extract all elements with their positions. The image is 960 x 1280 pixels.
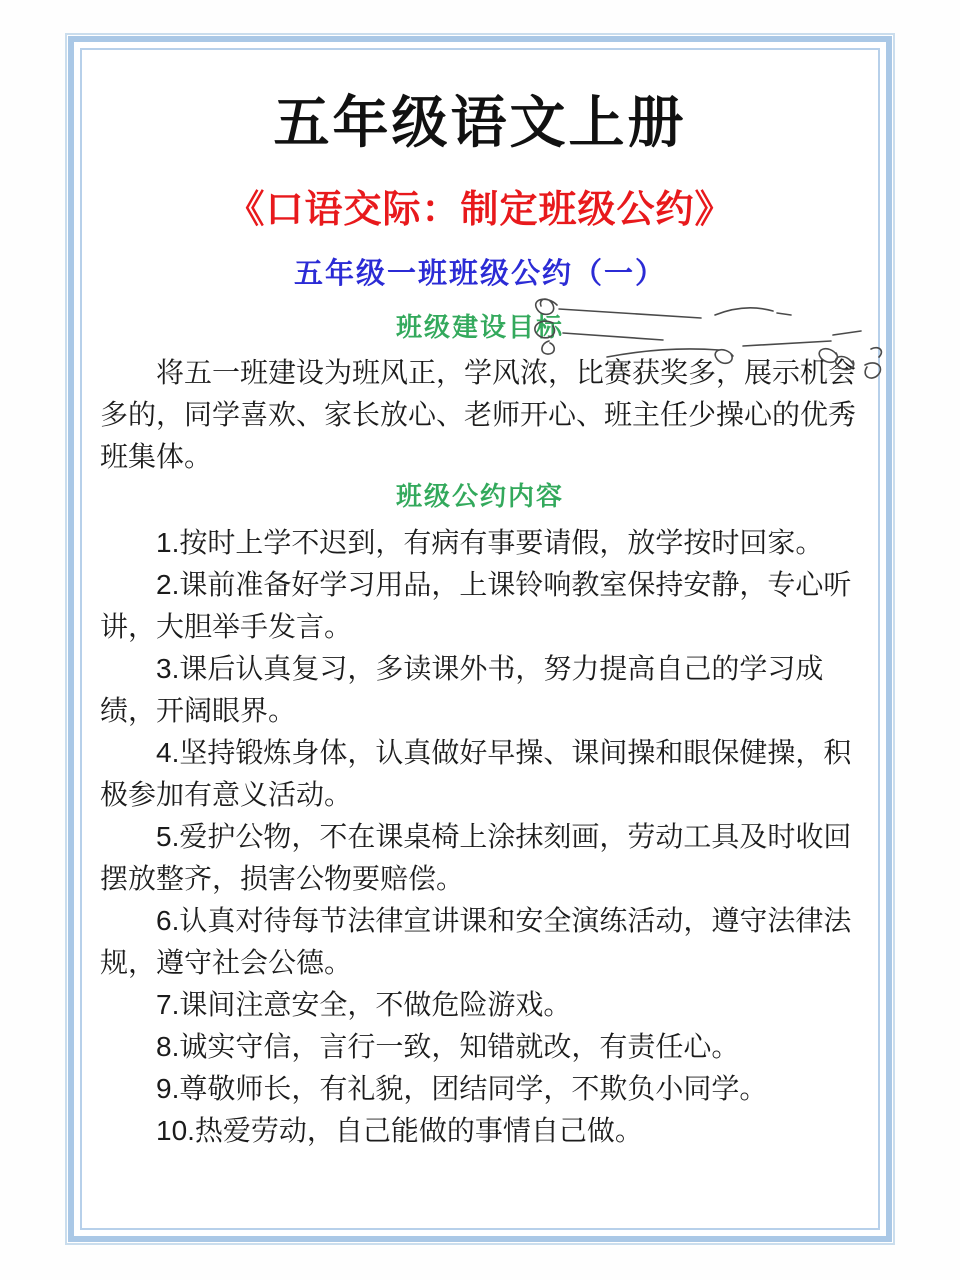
document-page: 五年级语文上册 《口语交际：制定班级公约》 五年级一班班级公约（一） 班级建设目… [0,0,960,1280]
rule-item: 2.课前准备好学习用品，上课铃响教室保持安静，专心听讲，大胆举手发言。 [100,564,860,648]
rule-item: 8.诚实守信，言行一致，知错就改，有责任心。 [100,1026,860,1068]
rule-item: 5.爱护公物，不在课桌椅上涂抹刻画，劳动工具及时收回摆放整齐，损害公物要赔偿。 [100,816,860,900]
page-content: 五年级语文上册 《口语交际：制定班级公约》 五年级一班班级公约（一） 班级建设目… [82,50,878,1152]
rule-item: 3.课后认真复习，多读课外书，努力提高自己的学习成绩，开阔眼界。 [100,648,860,732]
rule-item: 6.认真对待每节法律宣讲课和安全演练活动，遵守法律法规，遵守社会公德。 [100,900,860,984]
rule-item: 10.热爱劳动，自己能做的事情自己做。 [100,1110,860,1152]
page-title: 五年级语文上册 [100,88,860,158]
page-frame: 五年级语文上册 《口语交际：制定班级公约》 五年级一班班级公约（一） 班级建设目… [65,33,895,1245]
rules-list: 1.按时上学不迟到，有病有事要请假，放学按时回家。 2.课前准备好学习用品，上课… [100,522,860,1152]
rule-item: 4.坚持锻炼身体，认真做好早操、课间操和眼保健操，积极参加有意义活动。 [100,732,860,816]
rule-item: 9.尊敬师长，有礼貌，团结同学，不欺负小同学。 [100,1068,860,1110]
page-frame-inner-line: 五年级语文上册 《口语交际：制定班级公约》 五年级一班班级公约（一） 班级建设目… [80,48,880,1230]
page-frame-middle-band: 五年级语文上册 《口语交际：制定班级公约》 五年级一班班级公约（一） 班级建设目… [68,36,892,1242]
convention-subtitle: 五年级一班班级公约（一） [100,256,860,292]
rule-item: 1.按时上学不迟到，有病有事要请假，放学按时回家。 [100,522,860,564]
goal-section-heading: 班级建设目标 [100,310,860,344]
rules-section-heading: 班级公约内容 [100,480,860,512]
goal-paragraph: 将五一班建设为班风正，学风浓，比赛获奖多，展示机会多的，同学喜欢、家长放心、老师… [100,352,860,478]
lesson-title: 《口语交际：制定班级公约》 [100,186,860,234]
rule-item: 7.课间注意安全，不做危险游戏。 [100,984,860,1026]
